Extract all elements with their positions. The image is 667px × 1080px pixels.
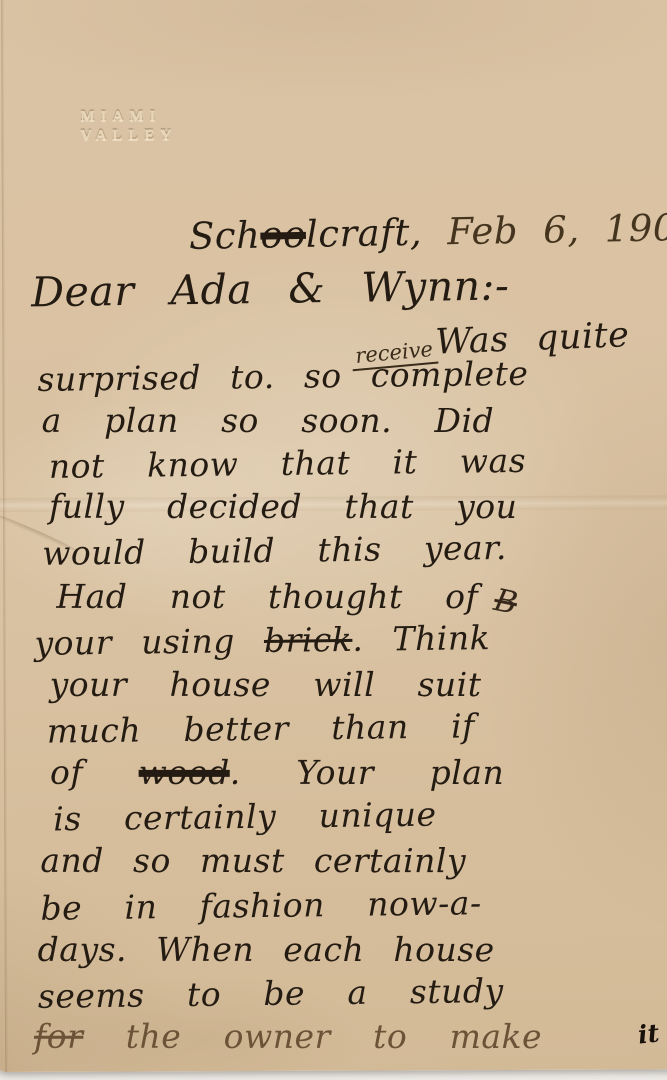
struck-word-for: for [34, 1017, 83, 1056]
line-text: not know that it was [49, 441, 527, 486]
line-text: your house will suit [50, 665, 482, 704]
letter-line: a plan so soon. Did [42, 401, 495, 440]
letter-line: not know that it was [49, 441, 527, 486]
line-text: of [50, 753, 139, 792]
letter-line: be in fashion now-a- [40, 883, 482, 928]
letter-line: Had not thought of [56, 577, 478, 616]
letter-line: your house will suit [50, 665, 482, 704]
letterhead-line-valley: VALLEY [81, 126, 178, 145]
struck-word-brick: brick [264, 620, 353, 660]
line-text: fully decided that you [49, 487, 517, 526]
blotted-word-wood: wood [139, 753, 230, 792]
letter-paper-sheet: MIAMI VALLEY Schoolcraft, Feb 6, 1901. D… [0, 0, 667, 1072]
paper-crease-vertical [1, 0, 8, 1072]
line-text: be in fashion now-a- [40, 883, 482, 928]
line-text: would build this year. [42, 528, 507, 573]
dateline-place-end: lcraft, [306, 211, 423, 256]
trailing-word-it: it [637, 1018, 661, 1049]
line-text: seems to be a study [38, 971, 504, 1016]
date-line: Schoolcraft, Feb 6, 1901. [189, 206, 667, 258]
letter-line: days. When each house [38, 930, 495, 969]
struck-letter-b: B [491, 582, 521, 622]
dateline-date: Feb 6, 1901. [422, 206, 667, 254]
line-text: a plan so soon. Did [42, 401, 495, 440]
letter-line: surprised to. so complete [37, 354, 528, 399]
embossed-letterhead: MIAMI VALLEY [80, 107, 177, 145]
letter-line: seems to be a study [38, 971, 504, 1016]
letter-line: is certainly unique [53, 795, 437, 839]
line-text: Had not thought of [56, 577, 478, 616]
line-text: days. When each house [38, 930, 495, 969]
dateline-place-start: Sch [189, 214, 261, 258]
letter-line: would build this year. [42, 528, 507, 573]
salutation-line: Dear Ada & Wynn:- [31, 262, 510, 317]
line-text: and so must certainly [40, 841, 466, 880]
dateline-blotted-letters: oo [260, 213, 306, 257]
letter-line: of wood. Your plan [50, 753, 504, 792]
line-text: the owner to make [83, 1017, 542, 1056]
line-text: surprised to. so complete [37, 354, 528, 399]
letter-line: much better than if [47, 706, 475, 750]
line-text: much better than if [47, 706, 475, 750]
letterhead-line-miami: MIAMI [80, 107, 177, 126]
letter-line: fully decided that you [49, 487, 517, 526]
line-text: your using [34, 621, 264, 663]
line-text: . Your plan [230, 753, 505, 792]
letter-line: and so must certainly [40, 841, 466, 880]
scanned-letter-page: MIAMI VALLEY Schoolcraft, Feb 6, 1901. D… [0, 0, 667, 1080]
line-text: is certainly unique [53, 795, 437, 839]
letter-line: your using brick. Think [34, 618, 490, 663]
line-text: . Think [352, 618, 490, 659]
letter-line: for the owner to make [34, 1017, 542, 1056]
